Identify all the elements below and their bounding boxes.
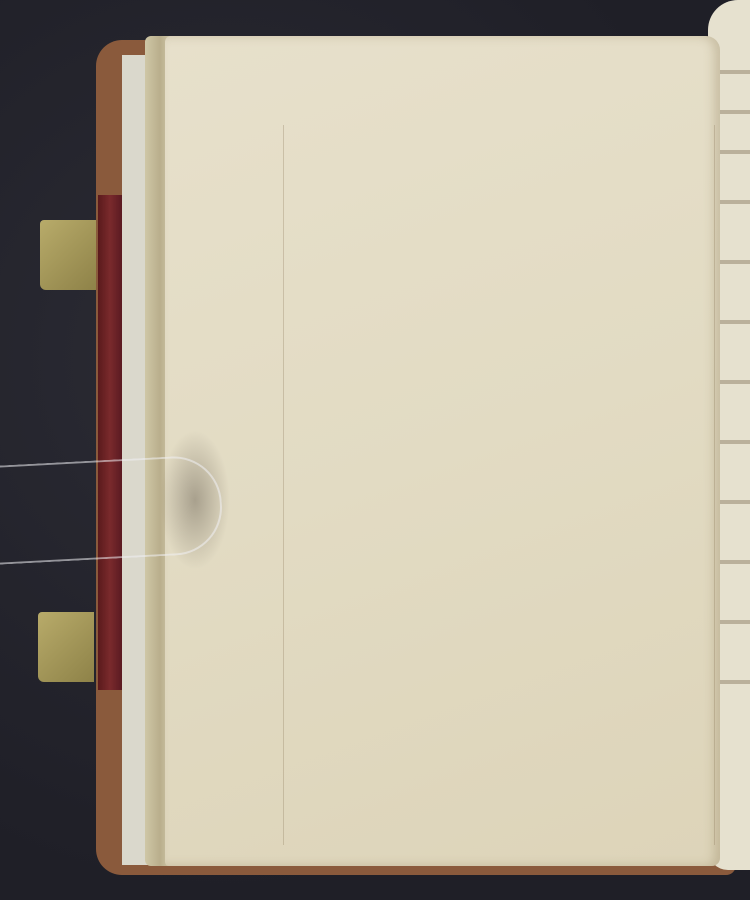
page-weight-strap (0, 454, 224, 565)
left-frame-rule (283, 125, 284, 845)
lower-fore-edge-tab (38, 612, 94, 682)
red-board-edge (98, 195, 122, 690)
upper-fore-edge-tab (40, 220, 96, 290)
manuscript-page (165, 36, 720, 866)
right-frame-rule (714, 125, 715, 845)
